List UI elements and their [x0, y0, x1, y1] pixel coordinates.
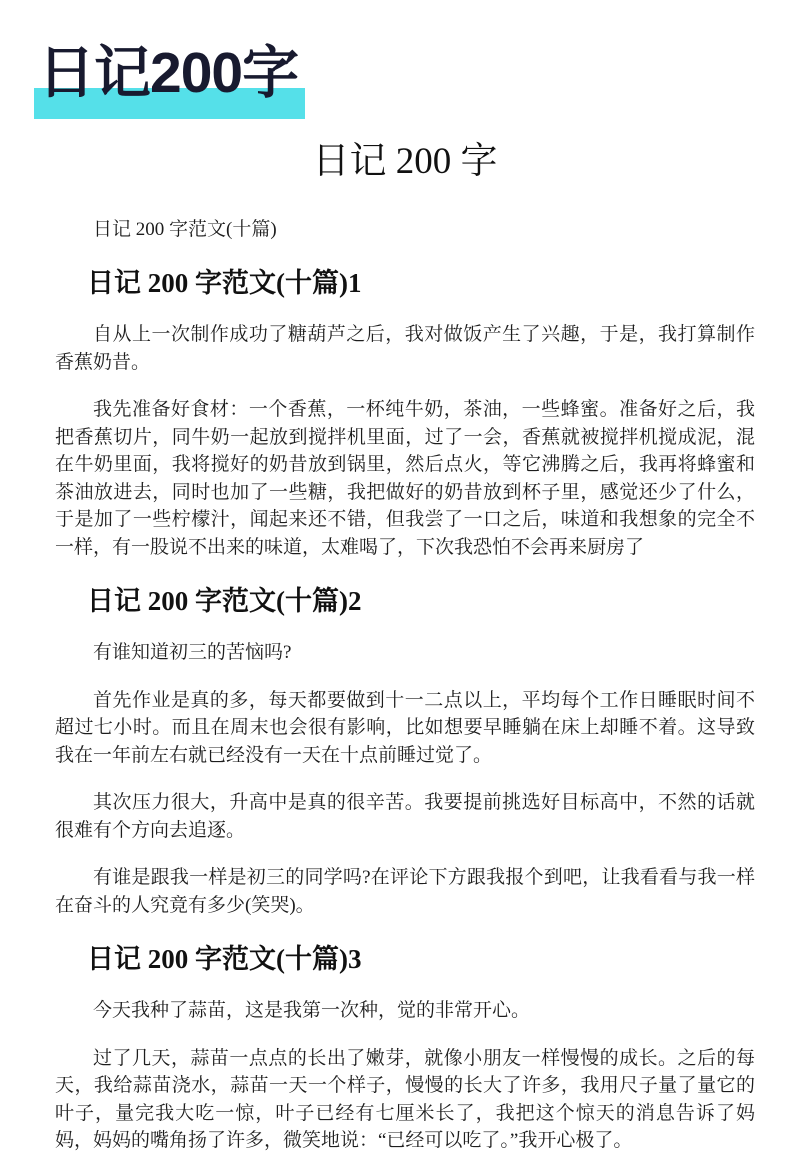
section-1-heading: 日记 200 字范文(十篇)1 [87, 268, 755, 299]
site-header: 日记200字 [38, 42, 298, 105]
section-2-paragraph-3: 其次压力很大，升高中是真的很辛苦。我要提前挑选好目标高中，不然的话就很难有个方向… [55, 789, 755, 844]
section-3-heading: 日记 200 字范文(十篇)3 [87, 944, 755, 975]
section-2-paragraph-1: 有谁知道初三的苦恼吗? [55, 639, 755, 667]
article-title: 日记 200 字 [55, 141, 755, 184]
article-intro: 日记 200 字范文(十篇) [55, 216, 755, 243]
section-2-heading: 日记 200 字范文(十篇)2 [87, 586, 755, 617]
section-1-paragraph-2: 我先准备好食材：一个香蕉，一杯纯牛奶，茶油，一些蜂蜜。准备好之后，我把香蕉切片，… [55, 396, 755, 561]
section-3-paragraph-1: 今天我种了蒜苗，这是我第一次种，觉的非常开心。 [55, 997, 755, 1025]
site-header-title: 日记200字 [38, 42, 298, 105]
section-1-paragraph-1: 自从上一次制作成功了糖葫芦之后，我对做饭产生了兴趣，于是，我打算制作香蕉奶昔。 [55, 321, 755, 376]
section-2-paragraph-4: 有谁是跟我一样是初三的同学吗?在评论下方跟我报个到吧，让我看看与我一样在奋斗的人… [55, 864, 755, 919]
section-3-paragraph-2: 过了几天，蒜苗一点点的长出了嫩芽，就像小朋友一样慢慢的成长。之后的每天，我给蒜苗… [55, 1045, 755, 1155]
document-page: 日记200字 日记 200 字 日记 200 字范文(十篇) 日记 200 字范… [0, 0, 800, 1175]
article: 日记 200 字 日记 200 字范文(十篇) 日记 200 字范文(十篇)1 … [55, 141, 755, 1155]
section-2-paragraph-2: 首先作业是真的多，每天都要做到十一二点以上，平均每个工作日睡眠时间不超过七小时。… [55, 687, 755, 770]
